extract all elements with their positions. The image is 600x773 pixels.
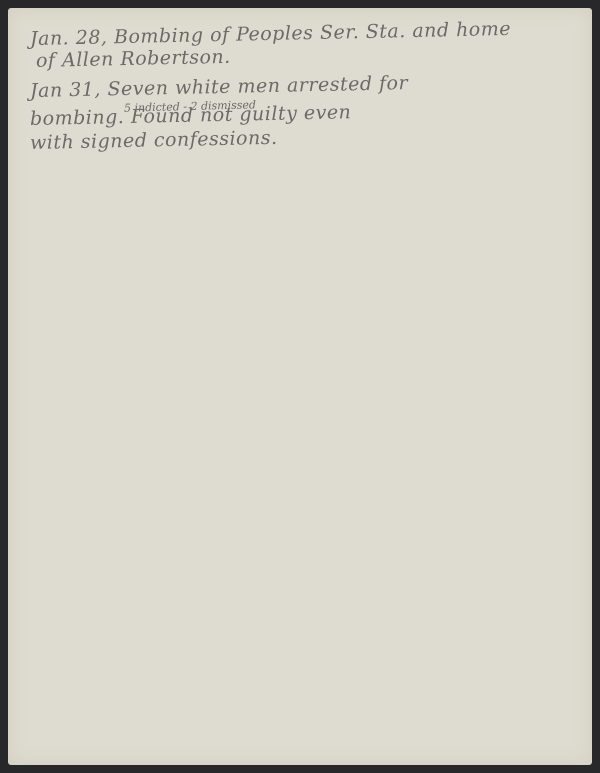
scan-background: Jan. 28, Bombing of Peoples Ser. Sta. an… [0,0,600,773]
handwritten-note: Jan. 28, Bombing of Peoples Ser. Sta. an… [30,22,585,154]
paper-page: Jan. 28, Bombing of Peoples Ser. Sta. an… [8,8,592,765]
note-line-3: Jan 31, Seven white men arrested for [30,68,585,102]
